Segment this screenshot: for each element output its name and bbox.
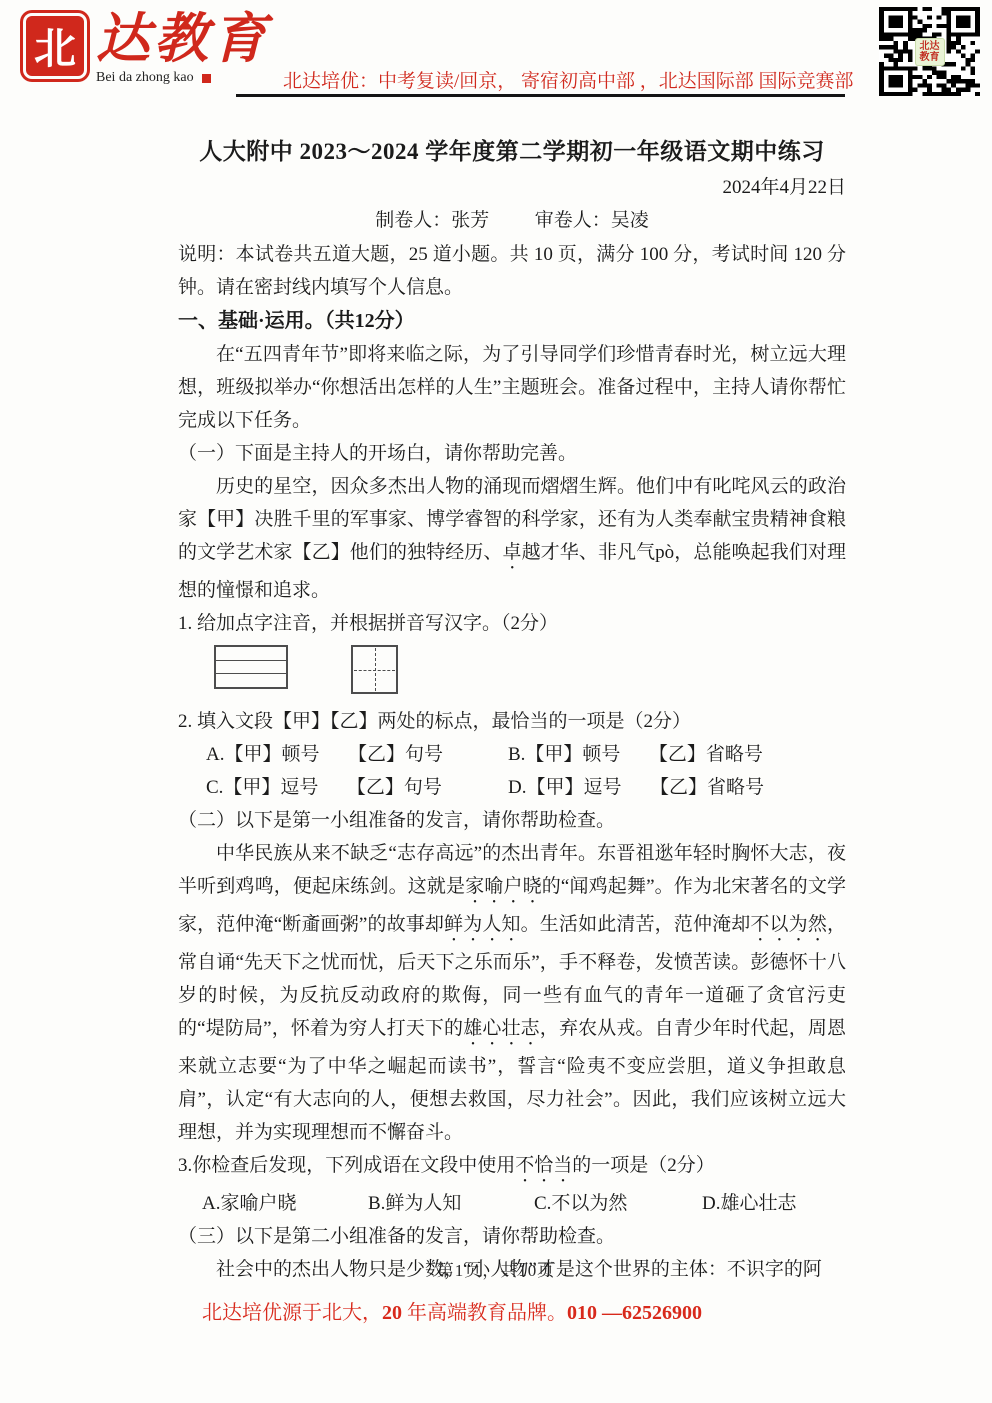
promo-text: 年高端教育品牌。 — [402, 1302, 567, 1324]
part3-label: （三）以下是第二小组准备的发言，请你帮助检查。 — [178, 1220, 846, 1253]
brand-romanized-text: Bei da zhong kao — [96, 70, 194, 86]
emphasized-char: 卓 — [502, 542, 521, 563]
promo-phone: 010 —62526900 — [567, 1302, 702, 1324]
emphasized-idiom: 家喻户晓 — [465, 876, 542, 897]
brand-romanized: Bei da zhong kao — [96, 70, 270, 86]
emphasized-idiom: 雄心壮志 — [463, 1018, 540, 1039]
question3-stem-text: 的一项是（2分） — [572, 1155, 715, 1176]
option-b: B.鲜为人知 — [368, 1187, 534, 1220]
promo-years: 20 — [382, 1302, 402, 1324]
maker-reviewer: 审卷人：吴凌 — [535, 210, 649, 231]
promo-text: 北达培优源于北大， — [202, 1302, 382, 1324]
question3-stem-text: 3.你检查后发现，下列成语在文段中使用 — [178, 1155, 515, 1176]
question3-options: A.家喻户晓 B.鲜为人知 C.不以为然 D.雄心壮志 — [202, 1187, 846, 1220]
group1-speech-text: 。生活如此清苦，范仲淹却 — [521, 914, 751, 935]
emphasized-idiom: 不以为然 — [750, 914, 827, 935]
exam-date: 2024年4月22日 — [178, 172, 846, 204]
question2-stem: 2. 填入文段【甲】【乙】两处的标点，最恰当的一项是（2分） — [178, 705, 846, 738]
section1-heading: 一、基础·运用。（共12分） — [178, 304, 846, 338]
maker-author: 制卷人：张芳 — [375, 210, 489, 231]
opening-speech: 历史的星空，因众多杰出人物的涌现而熠熠生辉。他们中有叱咤风云的政治家【甲】决胜千… — [178, 470, 846, 607]
brand-tagline: 北达培优：中考复读/回京， 寄宿初高中部 ，北达国际部 国际竞赛部 — [283, 66, 843, 93]
exam-title: 人大附中 2023～2024 学年度第二学期初一年级语文期中练习 — [178, 134, 846, 170]
red-square-icon — [202, 74, 211, 83]
option-d: D.雄心壮志 — [702, 1187, 846, 1220]
page-indicator: 第1页，共10页 — [0, 1256, 992, 1281]
question3-stem: 3.你检查后发现，下列成语在文段中使用不恰当的一项是（2分） — [178, 1149, 846, 1187]
scanned-exam-page: 北 达教育 Bei da zhong kao 北达培优：中考复读/回京， 寄宿初… — [0, 0, 992, 1403]
exam-instructions: 说明：本试卷共五道大题，25 道小题。共 10 页，满分 100 分，考试时间 … — [178, 238, 846, 304]
emphasized-idiom: 鲜为人知 — [444, 914, 521, 935]
exam-makers-line: 制卷人：张芳审卷人：吴凌 — [178, 204, 846, 238]
option-b: B.【甲】顿号 【乙】省略号 — [508, 738, 846, 771]
brand-logo: 北 达教育 Bei da zhong kao — [20, 8, 270, 86]
brand-script-text: 达教育 — [96, 10, 270, 68]
section1-intro: 在“五四青年节”即将来临之际，为了引导同学们珍惜青春时光，树立远大理想，班级拟举… — [178, 338, 846, 437]
header-divider — [236, 94, 845, 97]
option-a: A.【甲】顿号 【乙】句号 — [206, 738, 508, 771]
qr-code: 北达 教育 — [879, 7, 980, 96]
option-a: A.家喻户晓 — [202, 1187, 368, 1220]
emphasized-word: 不恰当 — [515, 1155, 572, 1176]
qr-center-label: 北达 教育 — [915, 38, 945, 66]
part2-label: （二）以下是第一小组准备的发言，请你帮助检查。 — [178, 804, 846, 837]
question1-answer-boxes — [214, 645, 846, 699]
question1-stem: 1. 给加点字注音，并根据拼音写汉字。（2分） — [178, 607, 846, 640]
group1-speech: 中华民族从来不缺乏“志存高远”的杰出青年。东晋祖逖年轻时胸怀大志，夜半听到鸡鸣，… — [178, 837, 846, 1149]
question2-options: A.【甲】顿号 【乙】句号 B.【甲】顿号 【乙】省略号 C.【甲】逗号 【乙】… — [206, 738, 846, 804]
brand-seal-icon: 北 — [26, 16, 84, 76]
character-writing-grid — [351, 645, 398, 694]
qr-label-line2: 教育 — [920, 52, 940, 63]
logo-text-block: 达教育 Bei da zhong kao — [96, 8, 270, 86]
document-body: 人大附中 2023～2024 学年度第二学期初一年级语文期中练习 2024年4月… — [178, 126, 846, 1286]
option-c: C.【甲】逗号 【乙】句号 — [206, 771, 508, 804]
pinyin-writing-box — [214, 645, 288, 689]
option-d: D.【甲】逗号 【乙】省略号 — [508, 771, 846, 804]
footer-promo-line: 北达培优源于北大，20 年高端教育品牌。010 —62526900 — [202, 1296, 702, 1325]
option-c: C.不以为然 — [534, 1187, 702, 1220]
seal-character: 北 — [34, 16, 76, 76]
part1-label: （一）下面是主持人的开场白，请你帮助完善。 — [178, 437, 846, 470]
qr-label-line1: 北达 — [920, 41, 940, 52]
